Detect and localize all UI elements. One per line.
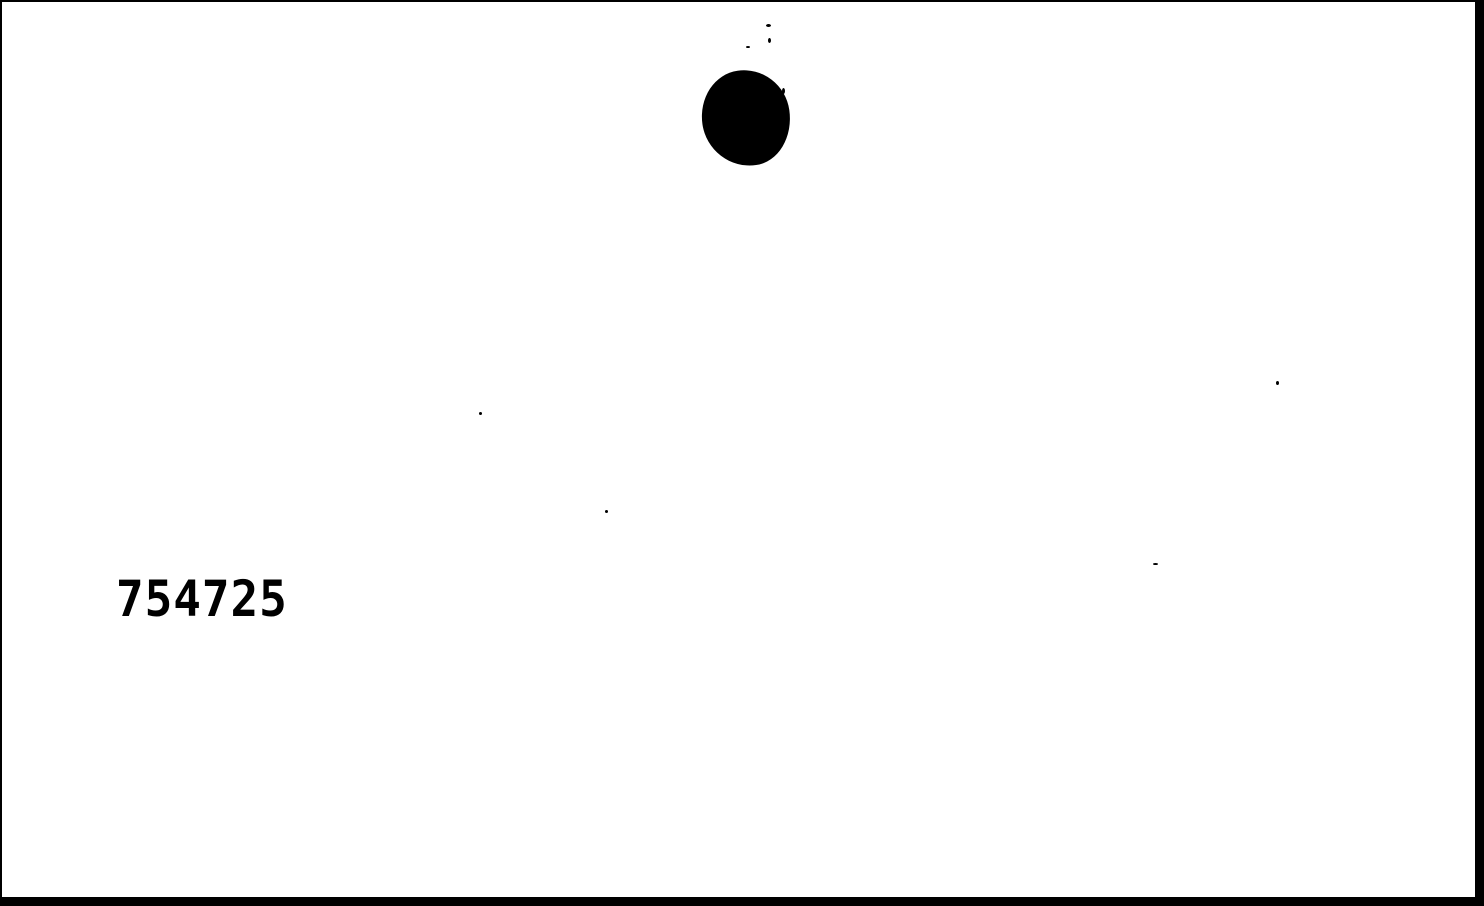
card-number: 754725: [116, 574, 288, 624]
scan-speck: [746, 46, 750, 48]
punch-hole: [696, 64, 797, 171]
scan-speck: [1276, 381, 1279, 385]
scan-speck: [479, 412, 482, 415]
scan-speck: [782, 88, 785, 94]
index-card: 754725: [2, 2, 1478, 900]
scan-speck: [605, 510, 608, 513]
scan-speck: [766, 24, 771, 27]
scan-speck: [768, 38, 771, 43]
scan-speck: [1153, 563, 1158, 565]
